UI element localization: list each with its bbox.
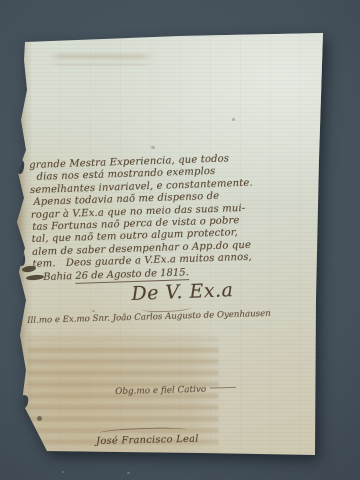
torn-edge-chip xyxy=(14,300,20,309)
pen-flourish xyxy=(210,387,236,390)
date-prefix: Bahia xyxy=(43,271,75,283)
valediction-flourish: De V. Ex.a xyxy=(131,279,234,305)
paper-shadow: grande Mestra Experiencia, que todosdias… xyxy=(0,0,360,480)
signature: José Francisco Leal xyxy=(96,434,199,447)
foxing-spot xyxy=(151,146,155,149)
torn-edge-chip xyxy=(15,356,23,369)
ink-blot xyxy=(37,416,42,421)
foxing-spot xyxy=(232,118,235,121)
letter-body: grande Mestra Experiencia, que todosdias… xyxy=(29,153,253,272)
manuscript-paper: grande Mestra Experiencia, que todosdias… xyxy=(0,0,360,480)
foxing-spot xyxy=(92,310,95,312)
bleedthrough-top xyxy=(48,51,156,66)
torn-edge-chip xyxy=(15,196,21,206)
